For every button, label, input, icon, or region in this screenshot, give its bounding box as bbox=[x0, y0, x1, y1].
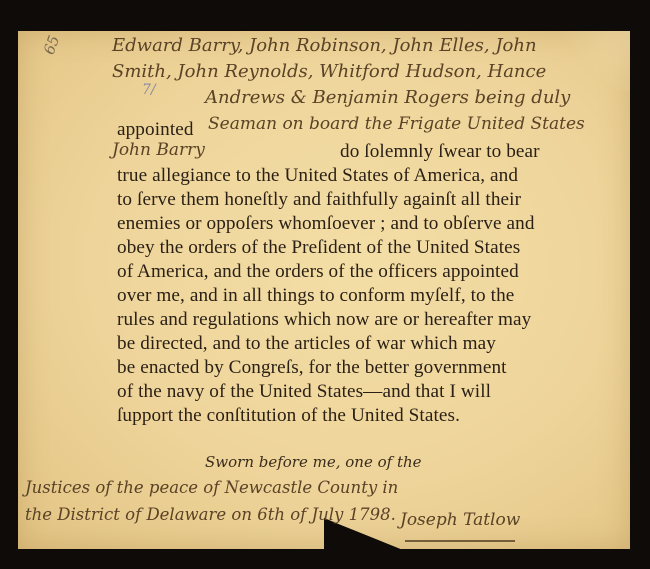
appointed-role-handwritten: Seaman on board the Frigate United State… bbox=[208, 114, 585, 134]
handwritten-names-line-1: Edward Barry, John Robinson, John Elles,… bbox=[112, 35, 537, 56]
folded-corner bbox=[560, 31, 630, 91]
handwritten-names-line-3: Andrews & Benjamin Rogers being duly bbox=[205, 87, 570, 108]
oath-line-2: true allegiance to the United States of … bbox=[117, 165, 518, 187]
oath-line-1: do ſolemnly ſwear to bear bbox=[340, 141, 540, 163]
oath-line-8: rules and regulations which now are or h… bbox=[117, 309, 531, 331]
signature: Joseph Tatlow bbox=[400, 510, 520, 530]
oath-line-6: of America, and the orders of the office… bbox=[117, 261, 519, 283]
oath-line-5: obey the orders of the Preſident of the … bbox=[117, 237, 520, 259]
captain-name-handwritten: John Barry bbox=[112, 140, 205, 160]
handwritten-names-line-2: Smith, John Reynolds, Whitford Hudson, H… bbox=[112, 61, 546, 82]
district-date-handwritten: the District of Delaware on 6th of July … bbox=[25, 505, 396, 524]
oath-line-4: enemies or oppoſers whomſoever ; and to … bbox=[117, 213, 535, 235]
signature-underline bbox=[405, 540, 515, 542]
justice-line-handwritten: Justices of the peace of Newcastle Count… bbox=[25, 478, 398, 497]
margin-mark: 7/ bbox=[142, 82, 156, 98]
oath-line-7: over me, and in all things to conform my… bbox=[117, 285, 514, 307]
oath-line-3: to ſerve them honeſtly and faithfully ag… bbox=[117, 189, 521, 211]
oath-line-11: of the navy of the United States—and tha… bbox=[117, 381, 491, 403]
oath-line-12: ſupport the conſtitution of the United S… bbox=[117, 405, 460, 427]
oath-line-9: be directed, and to the articles of war … bbox=[117, 333, 496, 355]
appointed-label: appointed bbox=[117, 119, 194, 141]
oath-line-10: be enacted by Congreſs, for the better g… bbox=[117, 357, 507, 379]
sworn-before-printed: Sworn before me, one of the bbox=[205, 453, 422, 471]
